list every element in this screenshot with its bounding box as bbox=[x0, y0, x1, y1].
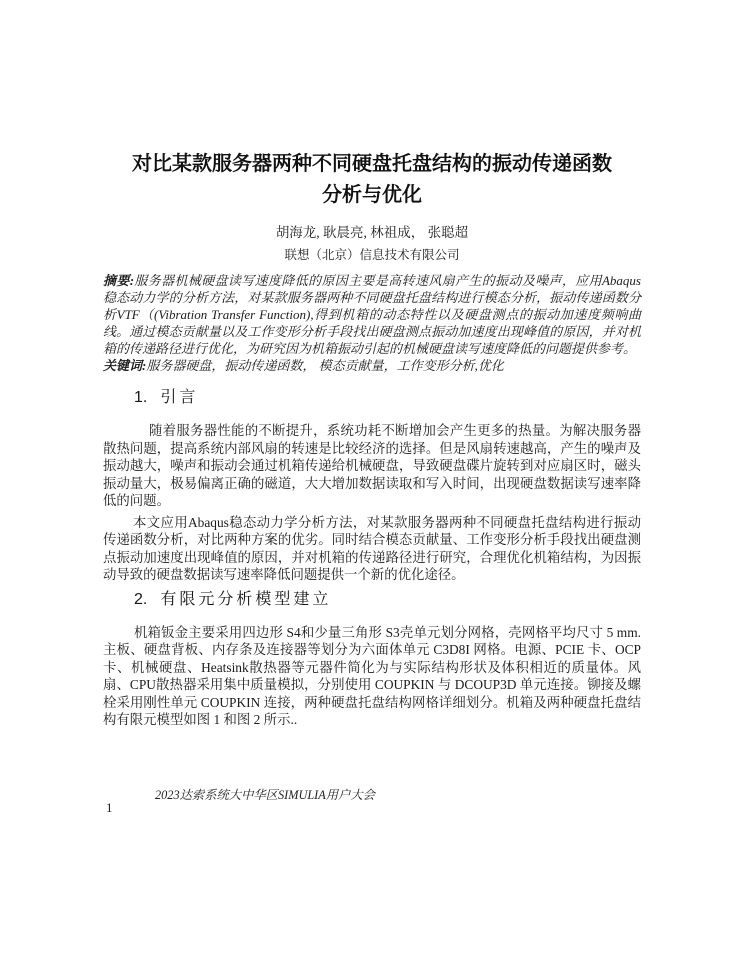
paper-title: 对比某款服务器两种不同硬盘托盘结构的振动传递函数 分析与优化 bbox=[103, 149, 641, 211]
authors-line: 胡海龙, 耿晨亮, 林祖成， 张聪超 bbox=[103, 224, 641, 242]
title-line-2: 分析与优化 bbox=[103, 180, 641, 211]
abstract-paragraph: 摘要:服务器机械硬盘读写速度降低的原因主要是高转速风扇产生的振动及噪声，应用Ab… bbox=[103, 273, 641, 358]
keywords-label: 关键词: bbox=[103, 358, 146, 373]
footer-conference: 2023达索系统大中华区SIMULIA用户大会 bbox=[155, 785, 375, 803]
section-2-paragraph-1: 机箱钣金主要采用四边形 S4和少量三角形 S3壳单元划分网格，壳网格平均尺寸 5… bbox=[103, 624, 641, 729]
section-1-paragraph-2: 本文应用Abaqus稳态动力学分析方法，对某款服务器两种不同硬盘托盘结构进行振动… bbox=[103, 514, 641, 584]
section-1-title: 引言 bbox=[160, 389, 198, 406]
keywords-text: 服务器硬盘，振动传递函数， 模态贡献量，工作变形分析,优化 bbox=[146, 358, 504, 373]
abstract-label: 摘要: bbox=[103, 273, 134, 288]
section-2-heading: 2.有限元分析模型建立 bbox=[103, 589, 641, 611]
section-1-heading: 1.引言 bbox=[103, 387, 641, 409]
affiliation-line: 联想（北京）信息技术有限公司 bbox=[103, 247, 641, 264]
section-2-title: 有限元分析模型建立 bbox=[160, 591, 331, 608]
section-2-number: 2. bbox=[134, 591, 147, 608]
page-number: 1 bbox=[106, 800, 113, 816]
title-line-1: 对比某款服务器两种不同硬盘托盘结构的振动传递函数 bbox=[103, 149, 641, 180]
section-1-paragraph-1: 随着服务器性能的不断提升，系统功耗不断增加会产生更多的热量。为解决服务器散热问题… bbox=[103, 422, 641, 510]
keywords-line: 关键词:服务器硬盘，振动传递函数， 模态贡献量，工作变形分析,优化 bbox=[103, 358, 641, 375]
abstract-text: 服务器机械硬盘读写速度降低的原因主要是高转速风扇产生的振动及噪声，应用Abaqu… bbox=[103, 273, 641, 356]
section-1-number: 1. bbox=[134, 389, 147, 406]
paper-page: 对比某款服务器两种不同硬盘托盘结构的振动传递函数 分析与优化 胡海龙, 耿晨亮,… bbox=[0, 0, 741, 960]
paper-content: 对比某款服务器两种不同硬盘托盘结构的振动传递函数 分析与优化 胡海龙, 耿晨亮,… bbox=[103, 0, 641, 729]
